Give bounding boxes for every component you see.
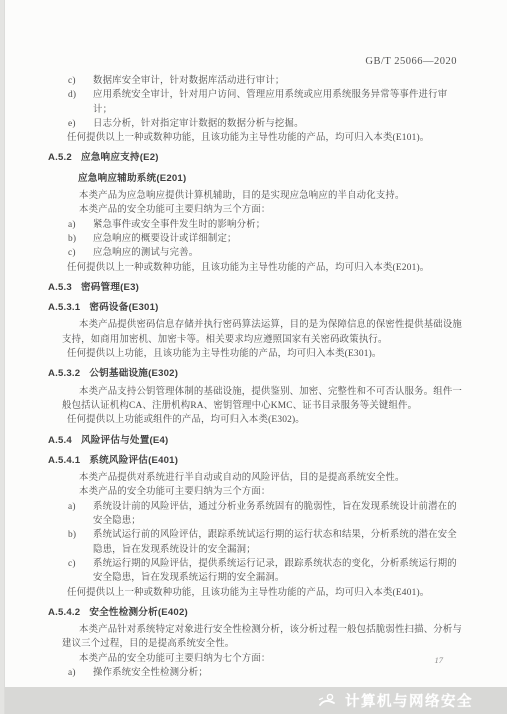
computer-network-logo-icon	[318, 692, 337, 709]
list-item: a)系统设计前的风险评估，通过分析业务系统固有的脆弱性，旨在发现系统设计前潜在的…	[68, 500, 465, 529]
classification-note: 任何提供以上一种或数种功能，且该功能为主导性功能的产品，均可归入本类(E401)…	[48, 586, 465, 600]
row-text: 应急响应的测试与完善。	[93, 246, 465, 260]
section-heading: A.5.4.1系统风险评估(E401)	[48, 454, 465, 468]
row-text: 数据库安全审计，针对数据库活动进行审计；	[93, 74, 465, 88]
list-marker: a)	[68, 666, 93, 680]
row-text: 本类产品为应急响应提供计算机辅助，目的是实现应急响应的半自动化支持。	[79, 191, 405, 201]
list-item: c)应急响应的测试与完善。	[68, 246, 465, 260]
list-marker: e)	[68, 117, 93, 131]
section-heading: A.5.3密码管理(E3)	[48, 281, 465, 295]
paragraph: 本类产品的安全功能可主要归纳为七个方面：	[62, 652, 465, 666]
row-text: 风险评估与处置(E4)	[81, 435, 168, 446]
paragraph: 本类产品提供对系统进行半自动或自动的风险评估，目的是提高系统安全性。	[62, 471, 465, 485]
row-text: 任何提供以上一种或数种功能，且该功能为主导性功能的产品，均可归入本类(E101)…	[67, 133, 429, 143]
paragraph: 本类产品针对系统特定对象进行安全性检测分析，该分析过程一般包括脆弱性扫描、分析与…	[62, 623, 465, 652]
row-text: 本类产品的安全功能可主要归纳为三个方面：	[79, 487, 271, 497]
row-text: 本类产品针对系统特定对象进行安全性检测分析，该分析过程一般包括脆弱性扫描、分析与…	[62, 625, 462, 649]
section-heading: A.5.4.2安全性检测分析(E402)	[48, 606, 465, 620]
row-text: 密码管理(E3)	[81, 282, 139, 293]
publisher-footer-bar: 计算机与网络安全	[5, 687, 507, 714]
row-text: 任何提供以上功能或组件的产品，均可归入本类(E302)。	[67, 415, 305, 425]
row-text: 任何提供以上一种或数种功能，且该功能为主导性功能的产品，均可归入本类(E201)…	[67, 263, 429, 273]
section-heading: A.5.4风险评估与处置(E4)	[48, 434, 465, 448]
section-heading: A.5.2应急响应支持(E2)	[48, 151, 465, 165]
paragraph: 本类产品为应急响应提供计算机辅助，目的是实现应急响应的半自动化支持。	[62, 189, 465, 203]
row-text: 本类产品的安全功能可主要归纳为七个方面：	[79, 654, 271, 664]
classification-note: 任何提供以上一种或数种功能，且该功能为主导性功能的产品，均可归入本类(E201)…	[48, 261, 465, 275]
row-text: 公钥基础设施(E302)	[89, 368, 178, 379]
list-item: a)紧急事件或安全事件发生时的影响分析；	[68, 218, 465, 232]
row-text: 紧急事件或安全事件发生时的影响分析；	[93, 218, 465, 232]
row-text: 安全性检测分析(E402)	[89, 607, 188, 618]
list-marker: c)	[68, 557, 93, 586]
list-marker: a)	[68, 500, 93, 529]
row-text: 密码设备(E301)	[89, 302, 158, 313]
row-text: 本类产品支持公钥管理体制的基础设施，提供鉴别、加密、完整性和不可否认服务。组件一…	[62, 387, 462, 411]
row-text: 应用系统安全审计，针对用户访问、管理应用系统或应用系统服务异常等事件进行审计；	[93, 88, 465, 117]
classification-note: 任何提供以上功能，且该功能为主导性功能的产品，均可归入本类(E301)。	[48, 347, 465, 361]
list-item: c)数据库安全审计，针对数据库活动进行审计；	[68, 74, 465, 88]
list-item: b)应急响应的概要设计或详细制定；	[68, 232, 465, 246]
list-marker: b)	[68, 528, 93, 557]
section-subheading: 应急响应辅助系统(E201)	[78, 172, 465, 186]
section-number: A.5.4	[48, 434, 72, 448]
row-text: 系统试运行前的风险评估，跟踪系统试运行期的运行状态和结果，分析系统的潜在安全隐患…	[93, 528, 465, 557]
list-item: b)系统试运行前的风险评估，跟踪系统试运行期的运行状态和结果，分析系统的潜在安全…	[68, 528, 465, 557]
row-text: 系统风险评估(E401)	[89, 455, 178, 466]
row-text: 系统设计前的风险评估，通过分析业务系统固有的脆弱性，旨在发现系统设计前潜在的安全…	[93, 500, 465, 529]
standard-number-header: GB/T 25066—2020	[365, 56, 457, 67]
row-text: 操作系统安全性检测分析；	[93, 666, 465, 680]
row-text: 任何提供以上一种或数种功能，且该功能为主导性功能的产品，均可归入本类(E401)…	[67, 588, 429, 598]
section-number: A.5.4.1	[48, 454, 80, 468]
paragraph: 本类产品的安全功能可主要归纳为三个方面：	[62, 485, 465, 499]
row-text: 日志分析，针对指定审计数据的数据分析与挖掘。	[93, 117, 465, 131]
list-item: a)操作系统安全性检测分析；	[68, 666, 465, 680]
paragraph: 本类产品的安全功能可主要归纳为三个方面：	[62, 203, 465, 217]
list-item: c)系统运行期的风险评估，提供系统运行记录，跟踪系统状态的变化，分析系统运行期的…	[68, 557, 465, 586]
scanned-standard-page: { "page": { "header_right": "GB/T 25066—…	[0, 0, 507, 714]
list-marker: b)	[68, 232, 93, 246]
section-heading: A.5.3.1密码设备(E301)	[48, 301, 465, 315]
row-text: 本类产品提供对系统进行半自动或自动的风险评估，目的是提高系统安全性。	[79, 473, 405, 483]
list-marker: a)	[68, 218, 93, 232]
document-body: c)数据库安全审计，针对数据库活动进行审计；d)应用系统安全审计，针对用户访问、…	[5, 74, 507, 680]
classification-note: 任何提供以上功能或组件的产品，均可归入本类(E302)。	[48, 413, 465, 427]
section-number: A.5.4.2	[48, 606, 80, 620]
paragraph: 本类产品提供密码信息存储并执行密码算法运算，目的是为保障信息的保密性提供基础设施…	[62, 318, 465, 347]
section-number: A.5.3.1	[48, 301, 80, 315]
row-text: 应急响应的概要设计或详细制定；	[93, 232, 465, 246]
list-marker: d)	[68, 88, 93, 117]
publisher-name: 计算机与网络安全	[345, 690, 473, 711]
row-text: 系统运行期的风险评估，提供系统运行记录，跟踪系统状态的变化，分析系统运行期的安全…	[93, 557, 465, 586]
row-text: 应急响应支持(E2)	[81, 152, 159, 163]
classification-note: 任何提供以上一种或数种功能，且该功能为主导性功能的产品，均可归入本类(E101)…	[48, 131, 465, 145]
row-text: 本类产品提供密码信息存储并执行密码算法运算，目的是为保障信息的保密性提供基础设施…	[62, 320, 462, 344]
section-number: A.5.3.2	[48, 367, 80, 381]
section-heading: A.5.3.2公钥基础设施(E302)	[48, 367, 465, 381]
page-number: 17	[435, 655, 444, 665]
section-number: A.5.3	[48, 281, 72, 295]
list-marker: c)	[68, 246, 93, 260]
row-text: 任何提供以上功能，且该功能为主导性功能的产品，均可归入本类(E301)。	[67, 349, 382, 359]
document-page: GB/T 25066—2020 c)数据库安全审计，针对数据库活动进行审计；d)…	[5, 0, 507, 714]
paragraph: 本类产品支持公钥管理体制的基础设施，提供鉴别、加密、完整性和不可否认服务。组件一…	[62, 385, 465, 414]
list-item: e)日志分析，针对指定审计数据的数据分析与挖掘。	[68, 117, 465, 131]
list-marker: c)	[68, 74, 93, 88]
list-item: d)应用系统安全审计，针对用户访问、管理应用系统或应用系统服务异常等事件进行审计…	[68, 88, 465, 117]
row-text: 应急响应辅助系统(E201)	[78, 173, 186, 184]
section-number: A.5.2	[48, 151, 72, 165]
row-text: 本类产品的安全功能可主要归纳为三个方面：	[79, 205, 271, 215]
